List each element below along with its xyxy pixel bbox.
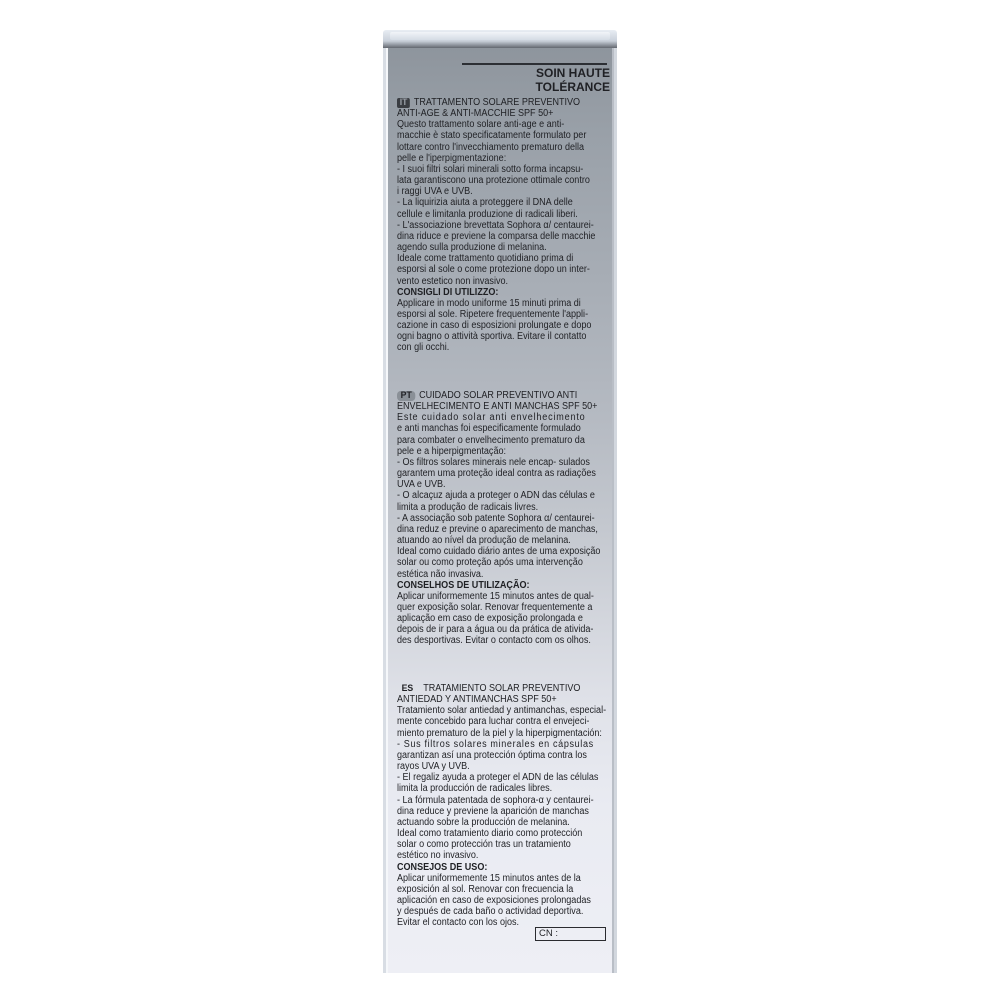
body-line: - I suoi filtri solari minerali sotto fo… xyxy=(397,164,609,175)
body-line: - Os filtros solares minerais nele encap… xyxy=(397,457,609,468)
body-line: garantem uma proteção ideal contra as ra… xyxy=(397,468,609,479)
body-line: - La fórmula patentada de sophora-α y ce… xyxy=(397,795,609,806)
body-line: Ideal como cuidado diário antes de uma e… xyxy=(397,546,609,557)
body-line: para combater o envelhecimento prematuro… xyxy=(397,435,609,446)
body-line: miento prematuro de la piel y la hiperpi… xyxy=(397,728,609,739)
section-italian: ITTRATTAMENTO SOLARE PREVENTIVO ANTI-AGE… xyxy=(397,97,609,354)
body-line: actuando sobre la producción de melanina… xyxy=(397,817,609,828)
body-line: solar o como protección tras un tratamie… xyxy=(397,839,609,850)
body-line: - La liquirizia aiuta a proteggere il DN… xyxy=(397,197,609,208)
body-line: - L'associazione brevettata Sophora α/ c… xyxy=(397,220,609,231)
body-line: Tratamiento solar antiedad y antimanchas… xyxy=(397,705,609,716)
body-line: - A associação sob patente Sophora α/ ce… xyxy=(397,513,609,524)
language-badge-es: ES xyxy=(397,684,416,694)
body-line: garantizan así una protección óptima con… xyxy=(397,750,609,761)
body-line: pelle e l'iperpigmentazione: xyxy=(397,153,609,164)
section-heading-line-2: ANTIEDAD Y ANTIMANCHAS SPF 50+ xyxy=(397,694,609,705)
usage-line: aplicação em caso de exposição prolongad… xyxy=(397,613,609,624)
language-badge-it: IT xyxy=(397,98,410,108)
usage-line: quer exposição solar. Renovar frequentem… xyxy=(397,602,609,613)
section-heading-line-2: ENVELHECIMENTO E ANTI MANCHAS SPF 50+ xyxy=(397,401,609,412)
usage-line: Aplicar uniformemente 15 minutos antes d… xyxy=(397,873,609,884)
usage-line: ogni bagno o attività sportiva. Evitare … xyxy=(397,331,609,342)
body-line: pele e a hiperpigmentação: xyxy=(397,446,609,457)
usage-heading: CONSELHOS DE UTILIZAÇÃO: xyxy=(397,580,609,591)
section-heading-line-2: ANTI-AGE & ANTI-MACCHIE SPF 50+ xyxy=(397,108,609,119)
box-top-lip xyxy=(390,32,610,40)
body-line: vento estetico non invasivo. xyxy=(397,276,609,287)
language-badge-pt: PT xyxy=(397,391,415,401)
usage-heading: CONSEJOS DE USO: xyxy=(397,862,609,873)
body-line: - El regaliz ayuda a proteger el ADN de … xyxy=(397,772,609,783)
section-heading-line-1: PTCUIDADO SOLAR PREVENTIVO ANTI xyxy=(397,390,609,401)
body-line: Ideale come trattamento quotidiano prima… xyxy=(397,253,609,264)
body-line: agendo sulla produzione di melanina. xyxy=(397,242,609,253)
section-spanish: ESTRATAMIENTO SOLAR PREVENTIVO ANTIEDAD … xyxy=(397,683,609,928)
body-line: - O alcaçuz ajuda a proteger o ADN das c… xyxy=(397,490,609,501)
body-line: esporsi al sole o come protezione dopo u… xyxy=(397,264,609,275)
usage-line: con gli occhi. xyxy=(397,342,609,353)
body-line: atuando ao nível da produção de melanina… xyxy=(397,535,609,546)
usage-line: exposición al sol. Renovar con frecuenci… xyxy=(397,884,609,895)
body-line: dina reduz e previne o aparecimento de m… xyxy=(397,524,609,535)
usage-line: des desportivas. Evitar o contacto com o… xyxy=(397,635,609,646)
body-line: limita a produção de radicais livres. xyxy=(397,502,609,513)
body-line: estética não invasiva. xyxy=(397,569,609,580)
header-rule xyxy=(462,63,607,65)
body-line: solar ou como proteção após uma interven… xyxy=(397,557,609,568)
section-heading-line-1: ITTRATTAMENTO SOLARE PREVENTIVO xyxy=(397,97,609,108)
usage-line: Applicare in modo uniforme 15 minuti pri… xyxy=(397,298,609,309)
usage-heading: CONSIGLI DI UTILIZZO: xyxy=(397,287,609,298)
body-line: dina riduce e previene la comparsa delle… xyxy=(397,231,609,242)
body-line: - Sus filtros solares minerales en cápsu… xyxy=(397,739,609,750)
body-line: Este cuidado solar anti envelhecimento xyxy=(397,412,609,423)
body-line: macchie è stato specificatamente formula… xyxy=(397,130,609,141)
body-line: i raggi UVA e UVB. xyxy=(397,186,609,197)
usage-line: aplicación en caso de exposiciones prolo… xyxy=(397,895,609,906)
body-line: Questo trattamento solare anti-age e ant… xyxy=(397,119,609,130)
cn-code-box: CN : xyxy=(535,927,606,941)
section-portuguese: PTCUIDADO SOLAR PREVENTIVO ANTI ENVELHEC… xyxy=(397,390,609,647)
body-line: Ideal como tratamiento diario como prote… xyxy=(397,828,609,839)
section-heading-line-1: ESTRATAMIENTO SOLAR PREVENTIVO xyxy=(397,683,609,694)
body-line: limita la producción de radicales libres… xyxy=(397,783,609,794)
usage-line: cazione in caso di esposizioni prolungat… xyxy=(397,320,609,331)
body-line: lottare contro l'invecchiamento prematur… xyxy=(397,142,609,153)
usage-line: depois de ir para a água ou da prática d… xyxy=(397,624,609,635)
body-line: mente concebido para luchar contra el en… xyxy=(397,716,609,727)
body-line: estético no invasivo. xyxy=(397,850,609,861)
usage-line: y después de cada baño o actividad depor… xyxy=(397,906,609,917)
package-header-title: SOIN HAUTE TOLÉRANCE xyxy=(470,66,610,94)
body-line: dina reduce y previene la aparición de m… xyxy=(397,806,609,817)
usage-line: Aplicar uniformemente 15 minutos antes d… xyxy=(397,591,609,602)
body-line: lata garantiscono una protezione ottimal… xyxy=(397,175,609,186)
body-line: rayos UVA y UVB. xyxy=(397,761,609,772)
body-line: e anti manchas foi especificamente formu… xyxy=(397,423,609,434)
body-line: UVA e UVB. xyxy=(397,479,609,490)
body-line: cellule e limitanla produzione di radica… xyxy=(397,209,609,220)
usage-line: esporsi al sole. Ripetere frequentemente… xyxy=(397,309,609,320)
